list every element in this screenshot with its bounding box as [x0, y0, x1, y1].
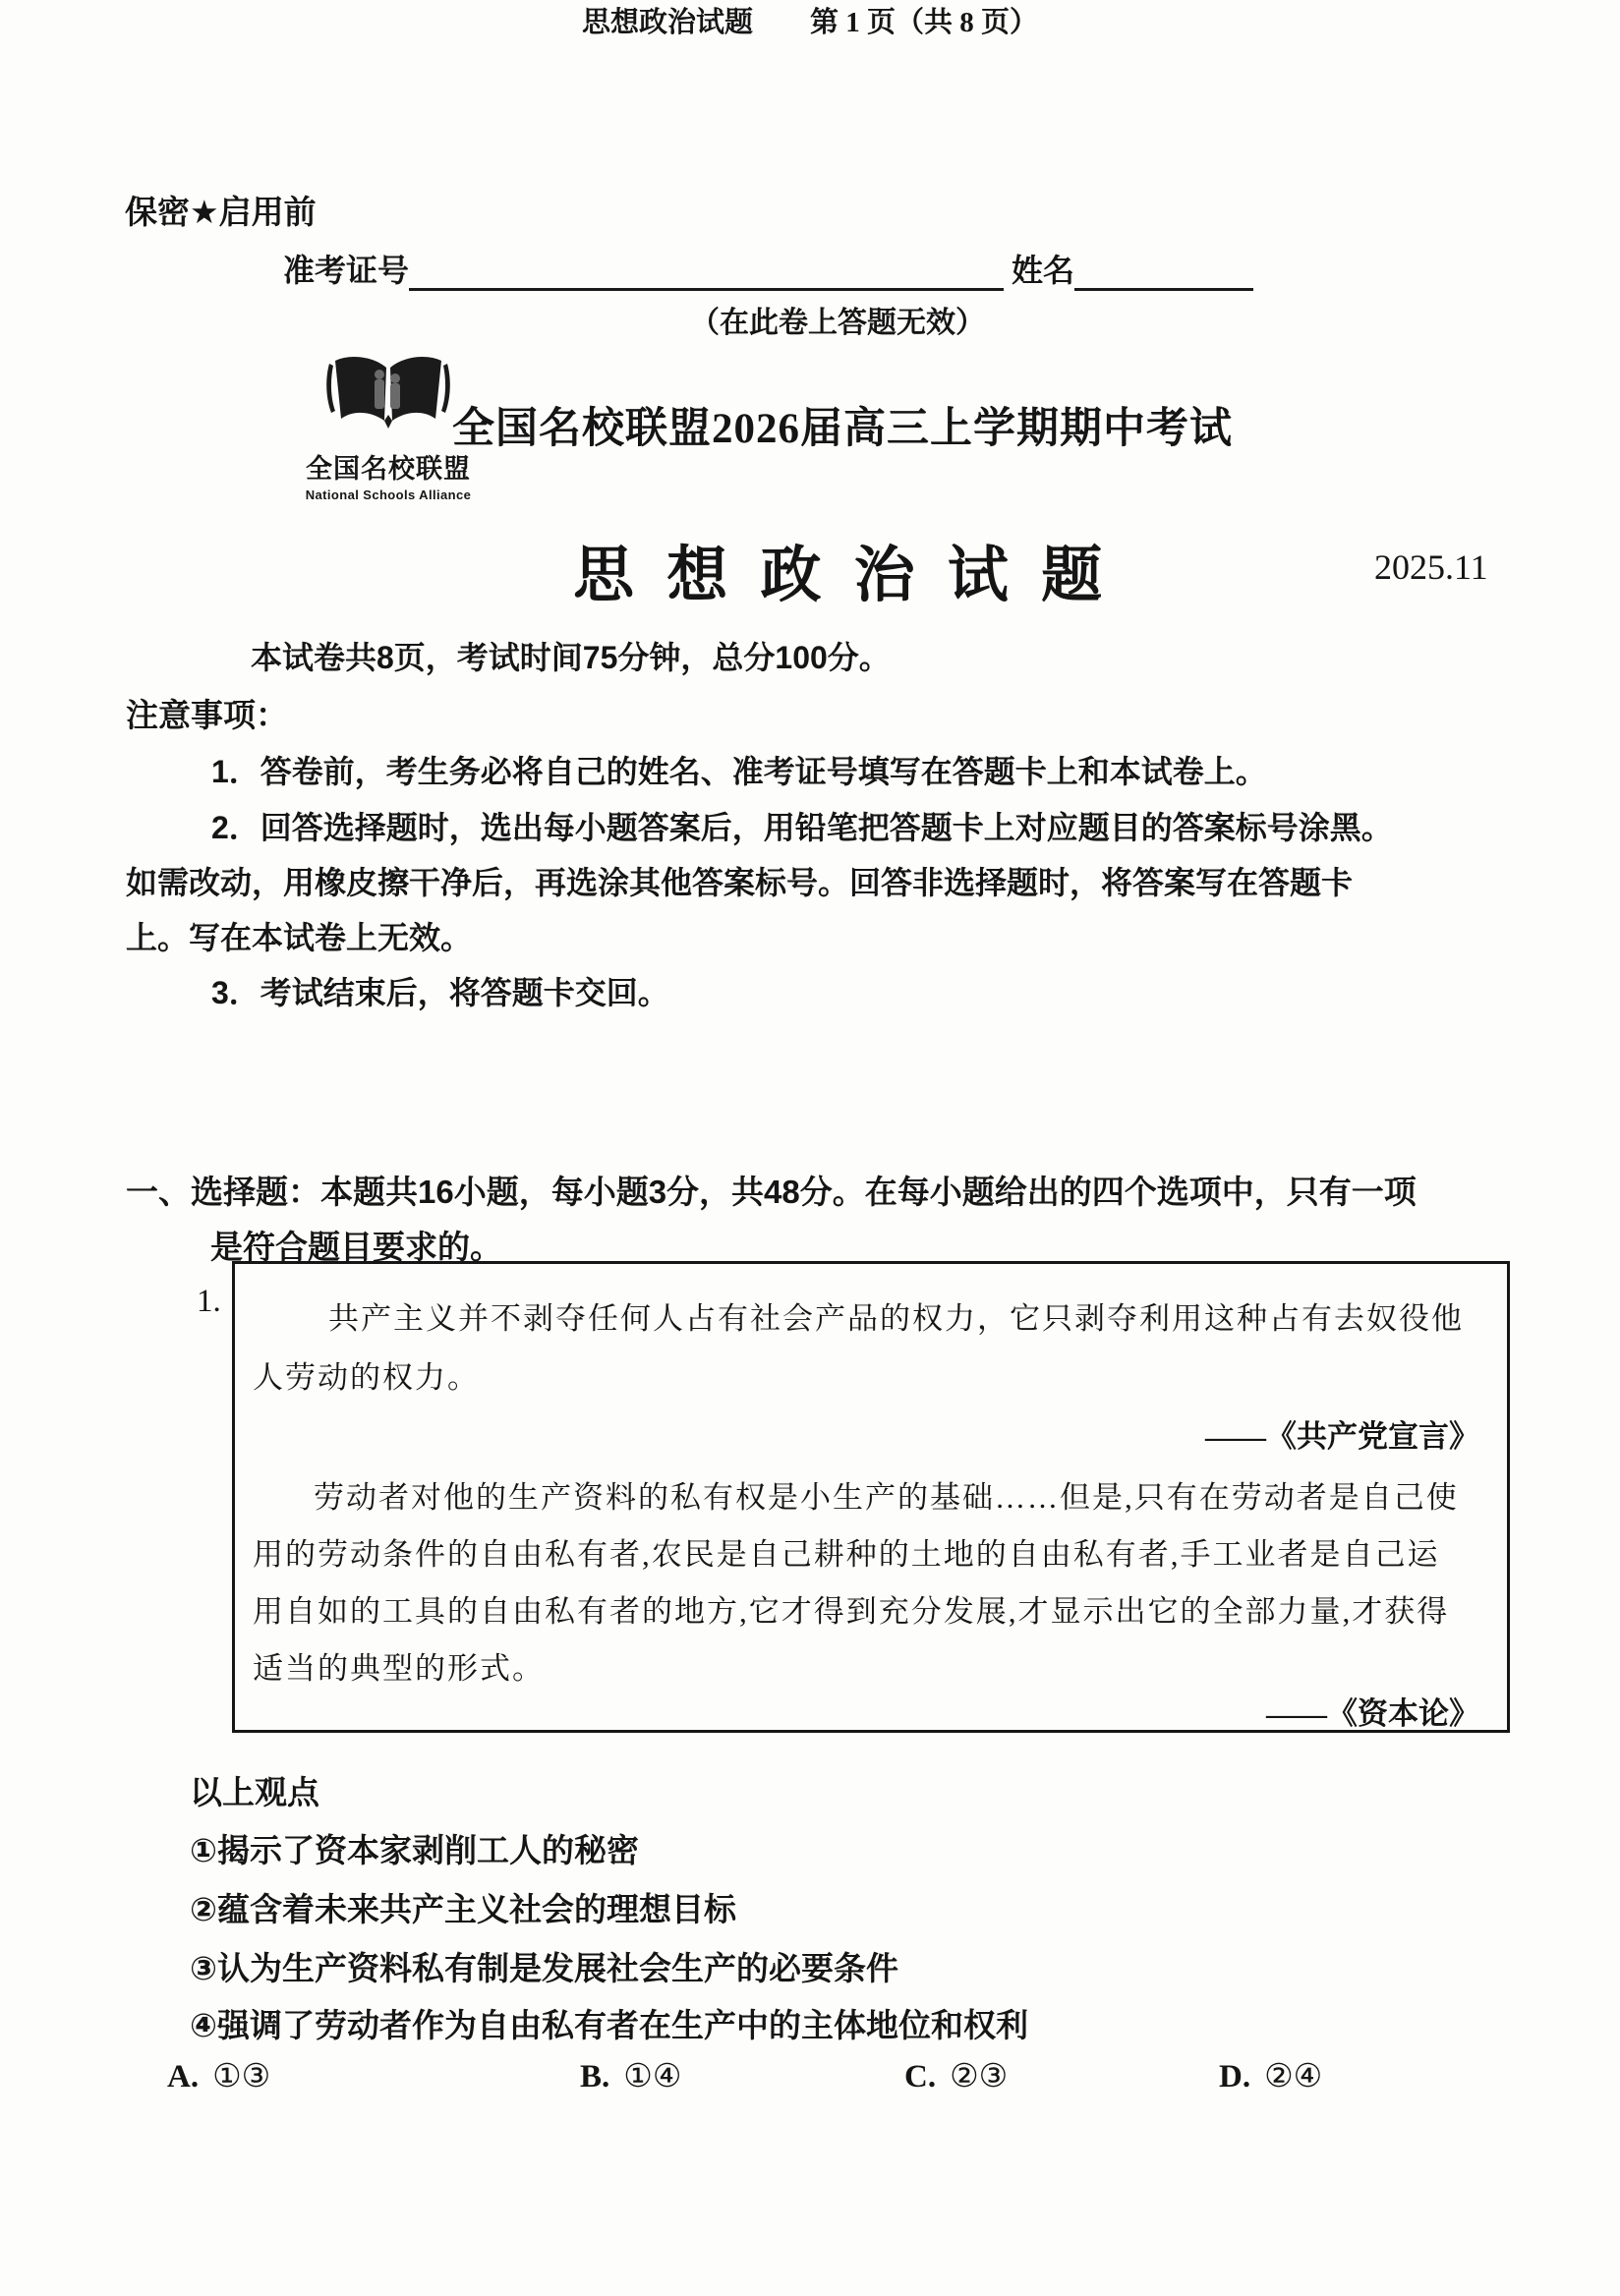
notice-line-2: 2．回答选择题时，选出每小题答案后，用铅笔把答题卡上对应题目的答案标号涂黑。 — [211, 803, 1393, 848]
exam-paper-page-1: 保密★启用前 准考证号姓名 （在此卷上答题无效） 全国名校联盟 National… — [0, 0, 1620, 2296]
option-a-value: ①③ — [212, 2057, 270, 2094]
question1-quote-box: 共产主义并不剥夺任何人占有社会产品的权力，它只剥夺利用这种占有去奴役他 人劳动的… — [232, 1261, 1510, 1733]
notice-line-2c: 上。写在本试卷上无效。 — [126, 913, 472, 958]
security-notice: 保密★启用前 — [125, 187, 317, 233]
invalid-note: （在此卷上答题无效） — [690, 298, 985, 341]
page-footer: 思想政治试题 第 1 页（共 8 页） — [0, 0, 1620, 40]
question1-option-b: B.①④ — [580, 2056, 681, 2095]
name-blank — [1074, 253, 1253, 291]
option-a-letter: A. — [167, 2059, 199, 2095]
question1-statement-3: ③认为生产资料私有制是发展社会生产的必要条件 — [190, 1943, 898, 1989]
question1-statement-2: ②蕴含着未来共产主义社会的理想目标 — [190, 1884, 736, 1930]
notice-line-1: 1．答卷前，考生务必将自己的姓名、准考证号填写在答题卡上和本试卷上。 — [211, 747, 1267, 792]
question1-option-d: D.②④ — [1219, 2056, 1322, 2095]
question1-option-a: A.①③ — [167, 2056, 270, 2095]
option-b-letter: B. — [580, 2059, 609, 2095]
quote2-line2: 用的劳动条件的自由私有者,农民是自己耕种的土地的自由私有者,手工业者是自己运 — [253, 1529, 1440, 1574]
quote1-line2: 人劳动的权力。 — [253, 1352, 480, 1397]
org-name-cn: 全国名校联盟 — [305, 447, 472, 486]
exam-no-label: 准考证号 — [283, 253, 409, 288]
question1-statement-4: ④强调了劳动者作为自由私有者在生产中的主体地位和权利 — [190, 2000, 1028, 2046]
section1-heading-line1: 一、选择题：本题共16小题，每小题3分，共48分。在每小题给出的四个选项中，只有… — [126, 1167, 1417, 1213]
option-d-letter: D. — [1219, 2059, 1250, 2095]
option-c-value: ②③ — [950, 2057, 1008, 2094]
notice-line-3: 3．考试结束后，将答题卡交回。 — [211, 968, 669, 1013]
org-logo: 全国名校联盟 National Schools Alliance — [305, 354, 472, 502]
quote2-line4: 适当的典型的形式。 — [253, 1643, 545, 1688]
exam-date: 2025.11 — [1374, 546, 1488, 588]
candidate-info-line: 准考证号姓名 — [283, 246, 1253, 291]
option-d-value: ②④ — [1264, 2057, 1322, 2094]
option-b-value: ①④ — [623, 2057, 681, 2094]
quote1-source: ——《共产党宣言》 — [1205, 1411, 1479, 1456]
quote2-source: ——《资本论》 — [1266, 1689, 1479, 1733]
name-label: 姓名 — [1012, 253, 1074, 288]
question1-stem: 以上观点 — [190, 1767, 319, 1813]
quote1-line1: 共产主义并不剥夺任何人占有社会产品的权力，它只剥夺利用这种占有去奴役他 — [328, 1293, 1464, 1338]
question1-number: 1. — [197, 1284, 221, 1320]
session-title: 全国名校联盟2026届高三上学期期中考试 — [452, 395, 1233, 455]
notice-title: 注意事项： — [126, 690, 288, 736]
org-name-en: National Schools Alliance — [305, 488, 472, 502]
subject-title: 思 想 政 治 试 题 — [573, 526, 1110, 613]
notice-line-2b: 如需改动，用橡皮擦干净后，再选涂其他答案标号。回答非选择题时，将答案写在答题卡 — [126, 858, 1353, 903]
question1-statement-1: ①揭示了资本家剥削工人的秘密 — [190, 1825, 639, 1871]
open-book-icon — [319, 354, 457, 444]
quote2-line1: 劳动者对他的生产资料的私有权是小生产的基础……但是,只有在劳动者是自己使 — [314, 1472, 1459, 1517]
quote2-line3: 用自如的工具的自由私有者的地方,它才得到充分发展,才显示出它的全部力量,才获得 — [253, 1586, 1449, 1631]
exam-no-blank — [409, 253, 1004, 291]
option-c-letter: C. — [904, 2059, 936, 2095]
paper-info: 本试卷共8页，考试时间75分钟，总分100分。 — [251, 633, 891, 678]
question1-option-c: C.②③ — [904, 2056, 1008, 2095]
